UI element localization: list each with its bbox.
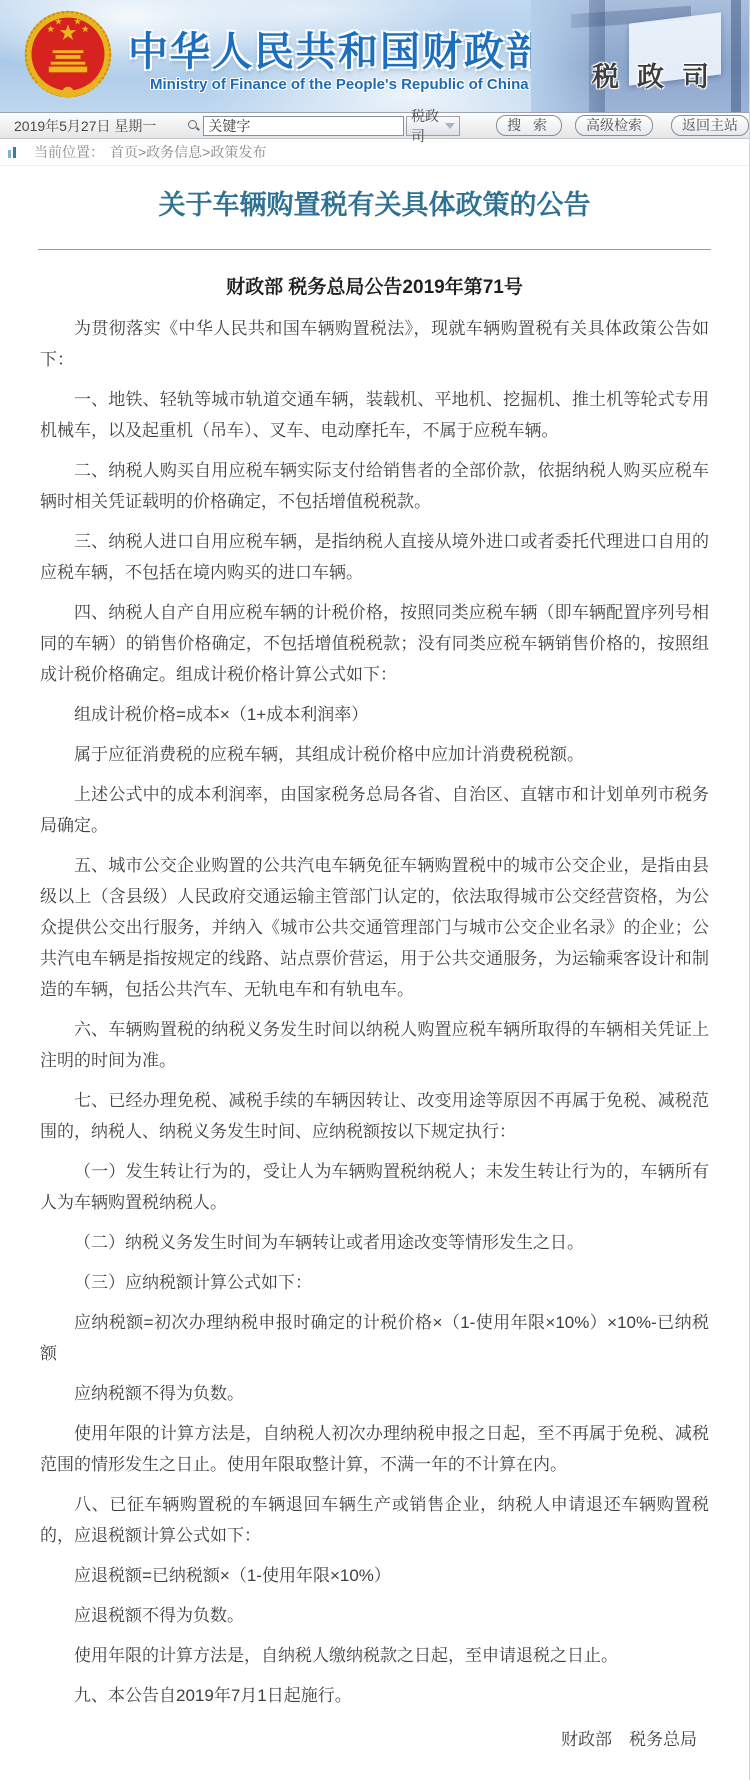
china-national-emblem-icon xyxy=(20,6,116,106)
magnifier-icon xyxy=(188,120,200,132)
article-paragraph: 四、纳税人自产自用应税车辆的计税价格，按照同类应税车辆（即车辆配置序列号相同的车… xyxy=(40,597,709,690)
article-paragraph: 应纳税额不得为负数。 xyxy=(40,1378,709,1409)
advanced-search-button[interactable]: 高级检索 xyxy=(575,115,653,136)
header-banner: 中华人民共和国财政部 Ministry of Finance of the Pe… xyxy=(0,0,749,112)
article-paragraph: （三）应纳税额计算公式如下： xyxy=(40,1267,709,1298)
article-paragraph: 六、车辆购置税的纳税义务发生时间以纳税人购置应税车辆所取得的车辆相关凭证上注明的… xyxy=(40,1014,709,1076)
article-body: 为贯彻落实《中华人民共和国车辆购置税法》，现就车辆购置税有关具体政策公告如下：一… xyxy=(0,299,749,1711)
article-paragraph: 三、纳税人进口自用应税车辆，是指纳税人直接从境外进口或者委托代理进口自用的应税车… xyxy=(40,526,709,588)
breadcrumb-label: 当前位置： xyxy=(34,142,104,162)
breadcrumb-path[interactable]: 首页>政务信息>政策发布 xyxy=(110,142,266,162)
photo-fade-overlay xyxy=(531,0,601,112)
date-text: 2019年5月27日 星期一 xyxy=(14,116,156,136)
site-title: 中华人民共和国财政部 xyxy=(128,20,548,77)
return-home-button[interactable]: 返回主站 xyxy=(671,115,749,136)
article: 关于车辆购置税有关具体政策的公告 财政部 税务总局公告2019年第71号 为贯彻… xyxy=(0,166,749,1750)
article-paragraph: 上述公式中的成本利润率，由国家税务总局各省、自治区、直辖市和计划单列市税务局确定… xyxy=(40,779,709,841)
article-paragraph: 应纳税额=初次办理纳税申报时确定的计税价格×（1-使用年限×10%）×10%-已… xyxy=(40,1307,709,1369)
breadcrumb: 当前位置： 首页>政务信息>政策发布 xyxy=(0,139,749,166)
breadcrumb-bars-icon xyxy=(8,147,16,158)
article-paragraph: （一）发生转让行为的，受让人为车辆购置税纳税人；未发生转让行为的，车辆所有人为车… xyxy=(40,1156,709,1218)
department-name: 税政司 xyxy=(592,55,727,94)
chevron-down-icon xyxy=(445,123,455,129)
article-paragraph: （二）纳税义务发生时间为车辆转让或者用途改变等情形发生之日。 xyxy=(40,1227,709,1258)
article-paragraph: 属于应征消费税的应税车辆，其组成计税价格中应加计消费税税额。 xyxy=(40,739,709,770)
article-paragraph: 为贯彻落实《中华人民共和国车辆购置税法》，现就车辆购置税有关具体政策公告如下： xyxy=(40,313,709,375)
article-paragraph: 应退税额=已纳税额×（1-使用年限×10%） xyxy=(40,1560,709,1591)
title-divider xyxy=(38,249,711,250)
article-paragraph: 使用年限的计算方法是，自纳税人初次办理纳税申报之日起，至不再属于免税、减税范围的… xyxy=(40,1418,709,1480)
article-paragraph: 七、已经办理免税、减税手续的车辆因转让、改变用途等原因不再属于免税、减税范围的，… xyxy=(40,1085,709,1147)
department-select-value: 税政司 xyxy=(411,106,443,146)
article-paragraph: 使用年限的计算方法是，自纳税人缴纳税款之日起，至申请退税之日止。 xyxy=(40,1640,709,1671)
department-select[interactable]: 税政司 xyxy=(406,116,460,136)
toolbar: 2019年5月27日 星期一 税政司 搜 索 高级检索 返回主站 xyxy=(0,112,749,139)
search-button[interactable]: 搜 索 xyxy=(496,115,562,136)
signature: 财政部 税务总局 xyxy=(0,1725,749,1750)
page-title: 关于车辆购置税有关具体政策的公告 xyxy=(30,188,719,222)
photo-building-shape xyxy=(731,0,741,112)
article-paragraph: 组成计税价格=成本×（1+成本利润率） xyxy=(40,699,709,730)
search-input[interactable] xyxy=(203,116,404,136)
article-paragraph: 九、本公告自2019年7月1日起施行。 xyxy=(40,1680,709,1711)
article-paragraph: 应退税额不得为负数。 xyxy=(40,1600,709,1631)
site-subtitle-english: Ministry of Finance of the People's Repu… xyxy=(150,76,529,93)
department-photo: 税政司 xyxy=(531,0,749,112)
document-number: 财政部 税务总局公告2019年第71号 xyxy=(0,272,749,299)
page: 中华人民共和国财政部 Ministry of Finance of the Pe… xyxy=(0,0,750,1780)
article-paragraph: 五、城市公交企业购置的公共汽电车辆免征车辆购置税中的城市公交企业，是指由县级以上… xyxy=(40,850,709,1005)
article-paragraph: 一、地铁、轻轨等城市轨道交通车辆，装载机、平地机、挖掘机、推土机等轮式专用机械车… xyxy=(40,384,709,446)
article-paragraph: 二、纳税人购买自用应税车辆实际支付给销售者的全部价款，依据纳税人购买应税车辆时相… xyxy=(40,455,709,517)
article-paragraph: 八、已征车辆购置税的车辆退回车辆生产或销售企业，纳税人申请退还车辆购置税的，应退… xyxy=(40,1489,709,1551)
